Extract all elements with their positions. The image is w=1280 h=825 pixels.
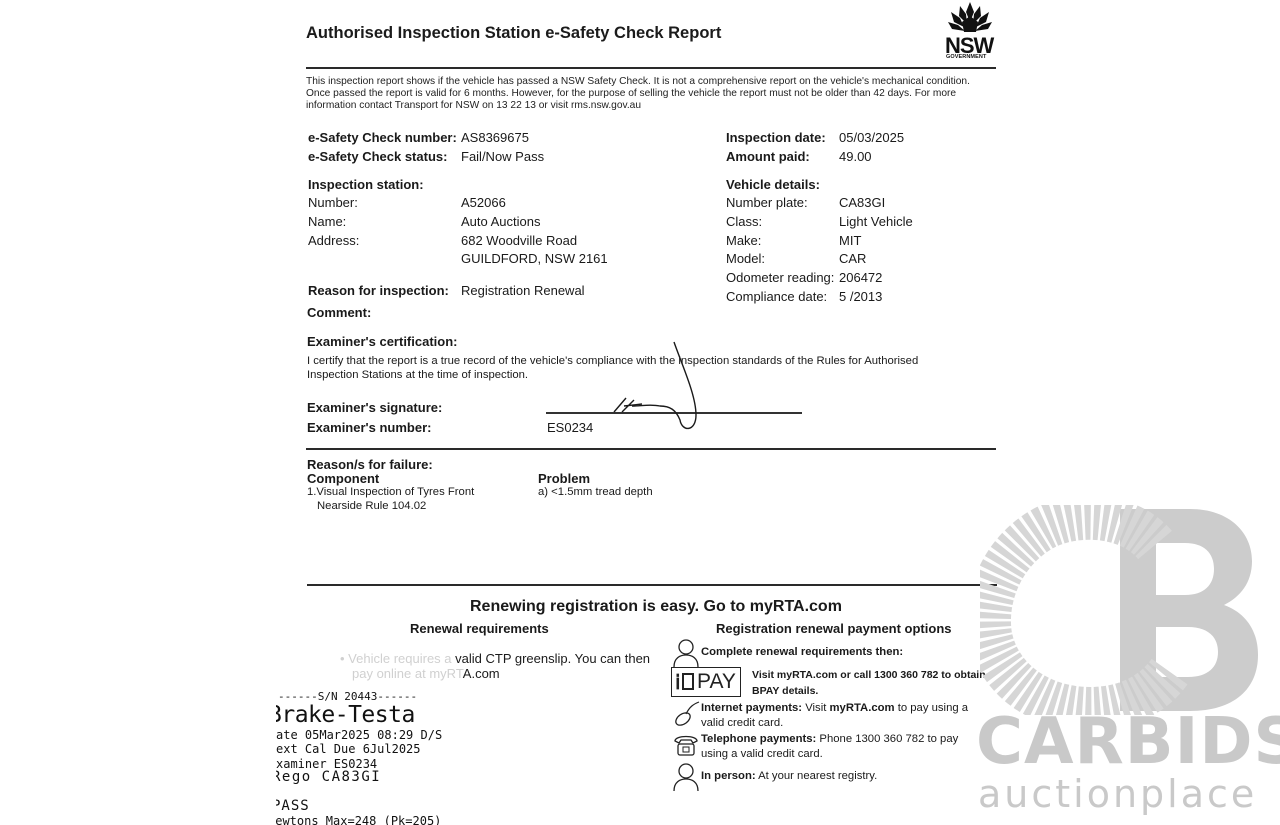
receipt-date: ate 05Mar2025 08:29 D/S xyxy=(276,728,442,742)
signature-scribble xyxy=(600,340,710,435)
carbids-logo-icon xyxy=(980,505,1260,715)
class-label: Class: xyxy=(726,214,762,229)
internet-payments-line2: valid credit card. xyxy=(701,717,783,729)
inspection-date: 05/03/2025 xyxy=(839,130,904,145)
receipt-newtons: Newtons Max=248 (Pk=205) xyxy=(276,814,441,825)
component-header: Component xyxy=(307,471,379,486)
inspection-date-label: Inspection date: xyxy=(726,130,826,145)
class-value: Light Vehicle xyxy=(839,214,913,229)
check-status: Fail/Now Pass xyxy=(461,149,544,164)
examiner-divider xyxy=(306,448,996,450)
header-divider xyxy=(306,67,996,69)
internet-payments-line1: Internet payments: Visit myRTA.com to pa… xyxy=(701,702,968,714)
person-icon xyxy=(672,638,700,668)
examiner-number: ES0234 xyxy=(547,420,593,435)
amount-paid-label: Amount paid: xyxy=(726,149,810,164)
mouse-icon xyxy=(672,700,700,728)
bpay-line2: BPAY details. xyxy=(752,685,818,697)
renewal-requirements-heading: Renewal requirements xyxy=(410,621,549,636)
payment-options-heading: Registration renewal payment options xyxy=(716,621,952,636)
station-name: Auto Auctions xyxy=(461,214,541,229)
check-status-label: e-Safety Check status: xyxy=(308,149,447,164)
comment-label: Comment: xyxy=(307,305,371,320)
payment-option-complete: Complete renewal requirements then: xyxy=(701,646,903,658)
person-icon xyxy=(672,762,700,792)
amount-paid: 49.00 xyxy=(839,149,872,164)
report-title: Authorised Inspection Station e-Safety C… xyxy=(306,24,721,43)
bpay-b-icon: ⅰ xyxy=(675,670,681,695)
plate-label: Number plate: xyxy=(726,195,808,210)
make-label: Make: xyxy=(726,233,761,248)
brake-tester-receipt: ------S/N 20443------ Brake-Testa ate 05… xyxy=(276,690,456,825)
requirement-line2: pay online at myRTA.com xyxy=(352,666,500,681)
failure-component-line1: 1.Visual Inspection of Tyres Front xyxy=(307,486,474,498)
certification-heading: Examiner's certification: xyxy=(307,334,457,349)
compliance-value: 5 /2013 xyxy=(839,289,882,304)
station-address-label: Address: xyxy=(308,233,359,248)
odometer-value: 206472 xyxy=(839,270,882,285)
failure-heading: Reason/s for failure: xyxy=(307,457,433,472)
intro-line: Once passed the report is valid for 6 mo… xyxy=(306,88,996,100)
bpay-logo: ⅰ PAY xyxy=(671,667,741,697)
bpay-text: PAY xyxy=(697,670,736,694)
station-name-label: Name: xyxy=(308,214,346,229)
intro-line: information contact Transport for NSW on… xyxy=(306,100,996,112)
plate-value: CA83GI xyxy=(839,195,885,210)
requirement-line1: • Vehicle requires a valid CTP greenslip… xyxy=(340,651,650,666)
telephone-icon xyxy=(673,733,699,757)
failure-component-line2: Nearside Rule 104.02 xyxy=(317,500,426,512)
station-heading: Inspection station: xyxy=(308,177,424,192)
model-label: Model: xyxy=(726,251,765,266)
station-number: A52066 xyxy=(461,195,506,210)
signature-label: Examiner's signature: xyxy=(307,400,442,415)
compliance-label: Compliance date: xyxy=(726,289,827,304)
problem-header: Problem xyxy=(538,471,590,486)
model-value: CAR xyxy=(839,251,866,266)
failure-divider xyxy=(307,584,997,586)
failure-problem: a) <1.5mm tread depth xyxy=(538,486,653,498)
telephone-payments-line2: using a valid credit card. xyxy=(701,748,823,760)
check-number: AS8369675 xyxy=(461,130,529,145)
check-number-label: e-Safety Check number: xyxy=(308,130,457,145)
reason-label: Reason for inspection: xyxy=(308,283,449,298)
intro-text: This inspection report shows if the vehi… xyxy=(306,76,996,112)
watermark-brand: CARBIDS xyxy=(976,705,1280,779)
in-person-payments: In person: At your nearest registry. xyxy=(701,770,877,782)
intro-line: This inspection report shows if the vehi… xyxy=(306,76,996,88)
station-number-label: Number: xyxy=(308,195,358,210)
certification-line2: Inspection Stations at the time of inspe… xyxy=(307,369,528,381)
bullet: • xyxy=(340,651,348,666)
receipt-brand: Brake-Testa xyxy=(276,702,415,728)
reason-value: Registration Renewal xyxy=(461,283,585,298)
receipt-result: PASS xyxy=(276,798,310,814)
receipt-cal-due: ext Cal Due 6Jul2025 xyxy=(276,742,421,756)
station-address-line2: GUILDFORD, NSW 2161 xyxy=(461,251,608,266)
examiner-number-label: Examiner's number: xyxy=(307,420,431,435)
nsw-logo-subtext: GOVERNMENT xyxy=(946,54,986,60)
make-value: MIT xyxy=(839,233,861,248)
telephone-payments-line1: Telephone payments: Phone 1300 360 782 t… xyxy=(701,733,958,745)
watermark-sub: auctionplace xyxy=(978,772,1257,816)
odometer-label: Odometer reading: xyxy=(726,270,834,285)
bpay-b-box xyxy=(682,673,694,690)
bpay-line1: Visit myRTA.com or call 1300 360 782 to … xyxy=(752,669,986,681)
vehicle-heading: Vehicle details: xyxy=(726,177,820,192)
receipt-rego: Rego CA83GI xyxy=(276,769,381,785)
renewal-banner: Renewing registration is easy. Go to myR… xyxy=(470,598,842,616)
station-address-line1: 682 Woodville Road xyxy=(461,233,577,248)
